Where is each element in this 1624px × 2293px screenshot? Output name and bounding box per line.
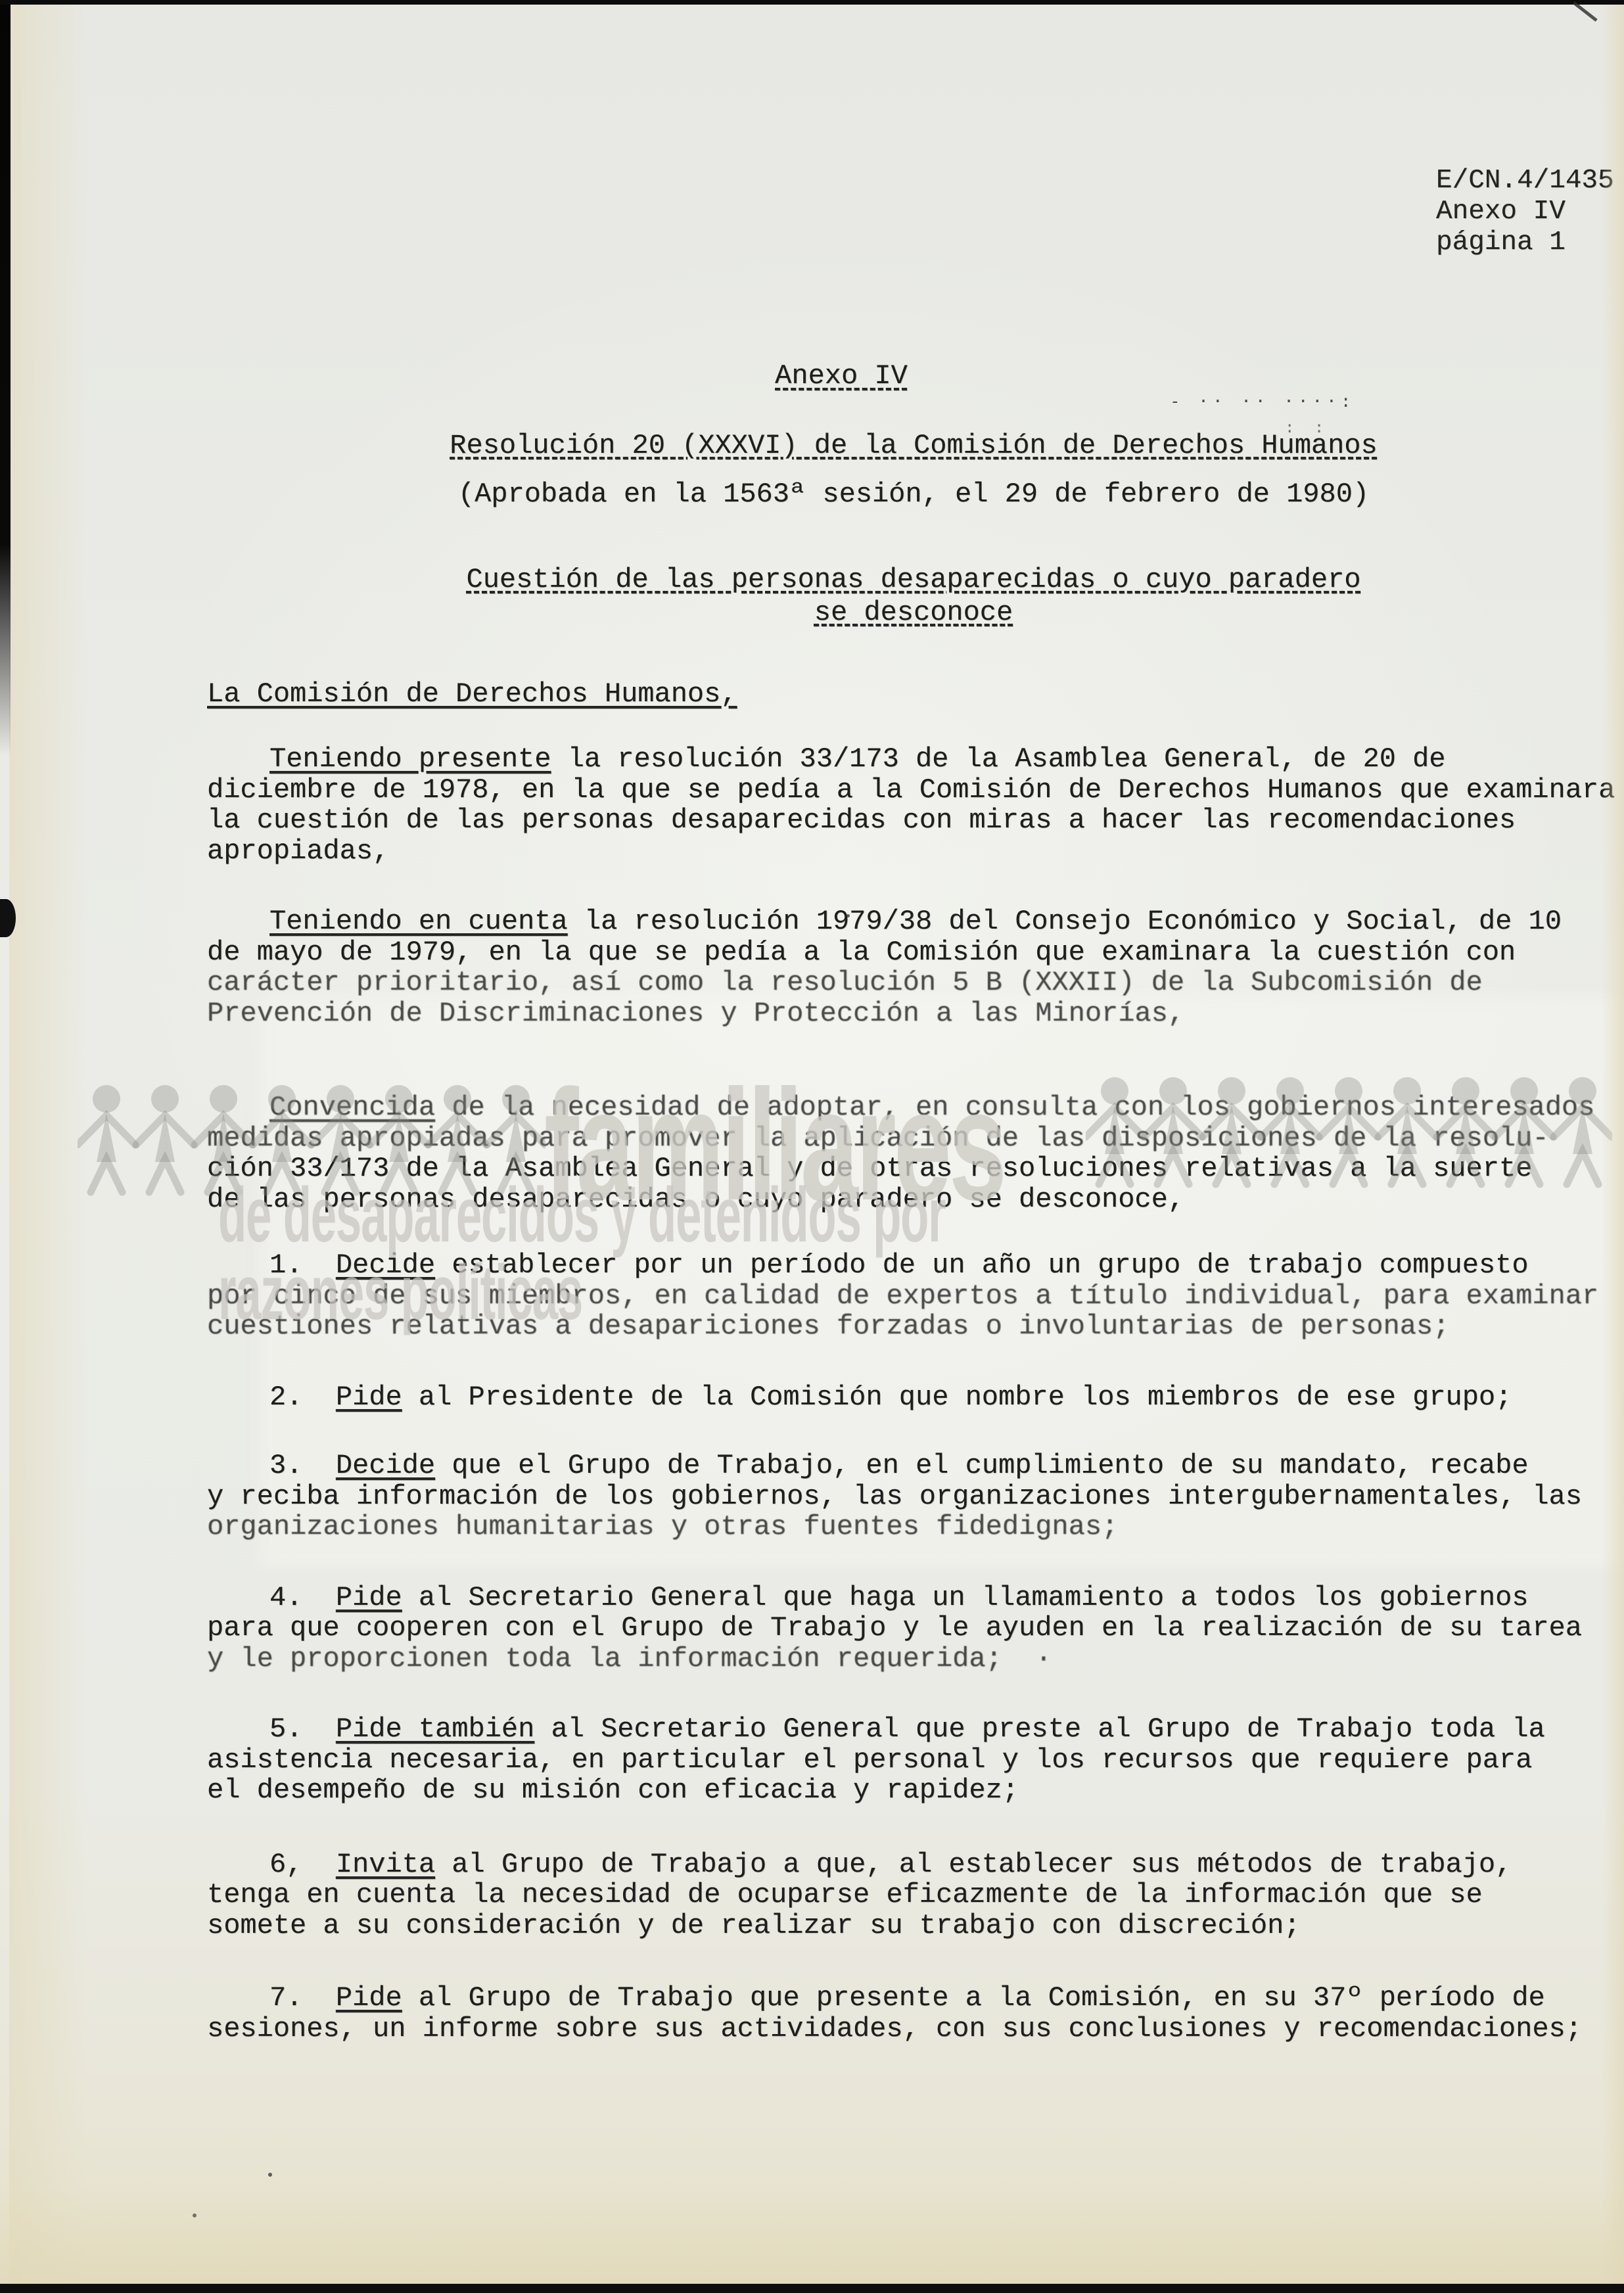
annex-heading: Anexo IV xyxy=(135,361,1548,392)
document-body: Anexo IV Resolución 20 (XXXVI) de la Com… xyxy=(207,0,1620,2044)
scanned-document-page: Anexo IV Resolución 20 (XXXVI) de la Com… xyxy=(0,0,1624,2293)
scan-speck xyxy=(847,914,850,917)
paragraph-line: Teniendo en cuenta la resolución 1979/38… xyxy=(207,906,1620,937)
paragraph-line: ción 33/173 de la Asamblea General y de … xyxy=(207,1153,1620,1184)
salutation-text: La Comisión de Derechos Humanos, xyxy=(207,678,737,710)
paragraph-line: carácter prioritario, así como la resolu… xyxy=(207,967,1620,998)
paragraph-line: organizaciones humanitarias y otras fuen… xyxy=(207,1512,1620,1542)
paragraph-line: y reciba información de los gobiernos, l… xyxy=(207,1481,1620,1512)
paragraph-line: 5. Pide también al Secretario General qu… xyxy=(207,1714,1620,1745)
scan-speck xyxy=(268,2173,272,2177)
subject-heading: Cuestión de las personas desaparecidas o… xyxy=(207,563,1620,629)
annex-label: Anexo IV xyxy=(1436,197,1614,227)
paragraph: 6, Invita al Grupo de Trabajo a que, al … xyxy=(207,1849,1620,1941)
paragraph-line: 4. Pide al Secretario General que haga u… xyxy=(207,1583,1620,1613)
paragraph: 5. Pide también al Secretario General qu… xyxy=(207,1714,1620,1806)
paragraph-line: sesiones, un informe sobre sus actividad… xyxy=(207,2014,1620,2045)
salutation: La Comisión de Derechos Humanos, xyxy=(207,679,1620,710)
paragraph-line: Prevención de Discriminaciones y Protecc… xyxy=(207,998,1620,1029)
resolution-paragraphs: Teniendo presente la resolución 33/173 d… xyxy=(207,744,1620,2044)
paper-edge-bottom xyxy=(0,2186,1624,2284)
resolution-title-text: Resolución 20 (XXXVI) de la Comisión de … xyxy=(450,430,1377,461)
resolution-title: Resolución 20 (XXXVI) de la Comisión de … xyxy=(207,430,1620,461)
paragraph-line: tenga en cuenta la necesidad de ocuparse… xyxy=(207,1880,1620,1911)
paragraph-line: asistencia necesaria, en particular el p… xyxy=(207,1745,1620,1776)
scan-border-left xyxy=(0,0,11,756)
scan-artifact-colons: : : xyxy=(1285,418,1329,436)
approval-note: (Aprobada en la 1563ª sesión, el 29 de f… xyxy=(207,479,1620,510)
paragraph-line: para que cooperen con el Grupo de Trabaj… xyxy=(207,1613,1620,1644)
paragraph: 4. Pide al Secretario General que haga u… xyxy=(207,1583,1620,1675)
paragraph: 7. Pide al Grupo de Trabajo que presente… xyxy=(207,1983,1620,2044)
paragraph: 2. Pide al Presidente de la Comisión que… xyxy=(207,1382,1620,1413)
paragraph-line: el desempeño de su misión con eficacia y… xyxy=(207,1775,1620,1806)
scan-border-bottom xyxy=(0,2284,1624,2293)
document-symbol: E/CN.4/1435 xyxy=(1436,166,1614,197)
paragraph-line: 2. Pide al Presidente de la Comisión que… xyxy=(207,1382,1620,1413)
paper-edge-right xyxy=(1602,0,1624,2293)
scan-artifact-dashes: - ·· ·· ····: xyxy=(1170,392,1355,411)
annex-heading-text: Anexo IV xyxy=(775,360,908,392)
document-reference-block: E/CN.4/1435 Anexo IV página 1 xyxy=(1436,166,1614,258)
paragraph-line: la cuestión de las personas desaparecida… xyxy=(207,805,1620,836)
paragraph: 1. Decide establecer por un período de u… xyxy=(207,1250,1620,1342)
subject-line-2: se desconoce xyxy=(207,596,1620,629)
page-number: página 1 xyxy=(1436,227,1614,258)
paragraph-line: apropiadas, xyxy=(207,836,1620,867)
paragraph-line: y le proporcionen toda la información re… xyxy=(207,1644,1620,1675)
paragraph: Convencida de la necesidad de adoptar, e… xyxy=(207,1092,1620,1215)
paragraph-line: somete a su consideración y de realizar … xyxy=(207,1911,1620,1941)
paragraph: Teniendo en cuenta la resolución 1979/38… xyxy=(207,906,1620,1029)
scan-border-top xyxy=(0,0,1624,5)
paragraph-line: diciembre de 1978, en la que se pedía a … xyxy=(207,775,1620,806)
paragraph: Teniendo presente la resolución 33/173 d… xyxy=(207,744,1620,866)
paragraph-line: por cinco de sus miembros, en calidad de… xyxy=(207,1281,1620,1312)
paragraph: 3. Decide que el Grupo de Trabajo, en el… xyxy=(207,1450,1620,1542)
paragraph-line: 3. Decide que el Grupo de Trabajo, en el… xyxy=(207,1450,1620,1481)
paragraph-line: medidas apropiadas para promover la apli… xyxy=(207,1123,1620,1154)
subject-line-1: Cuestión de las personas desaparecidas o… xyxy=(207,563,1620,596)
paragraph-line: de mayo de 1979, en la que se pedía a la… xyxy=(207,937,1620,968)
paragraph-line: 7. Pide al Grupo de Trabajo que presente… xyxy=(207,1983,1620,2014)
paragraph-line: de las personas desaparecidas o cuyo par… xyxy=(207,1184,1620,1215)
paragraph-line: Convencida de la necesidad de adoptar, e… xyxy=(207,1092,1620,1123)
paragraph-line: 1. Decide establecer por un período de u… xyxy=(207,1250,1620,1281)
paragraph-line: Teniendo presente la resolución 33/173 d… xyxy=(207,744,1620,775)
paragraph-line: cuestiones relativas a desapariciones fo… xyxy=(207,1311,1620,1342)
paragraph-line: 6, Invita al Grupo de Trabajo a que, al … xyxy=(207,1849,1620,1880)
paper-edge-left xyxy=(9,0,88,2293)
